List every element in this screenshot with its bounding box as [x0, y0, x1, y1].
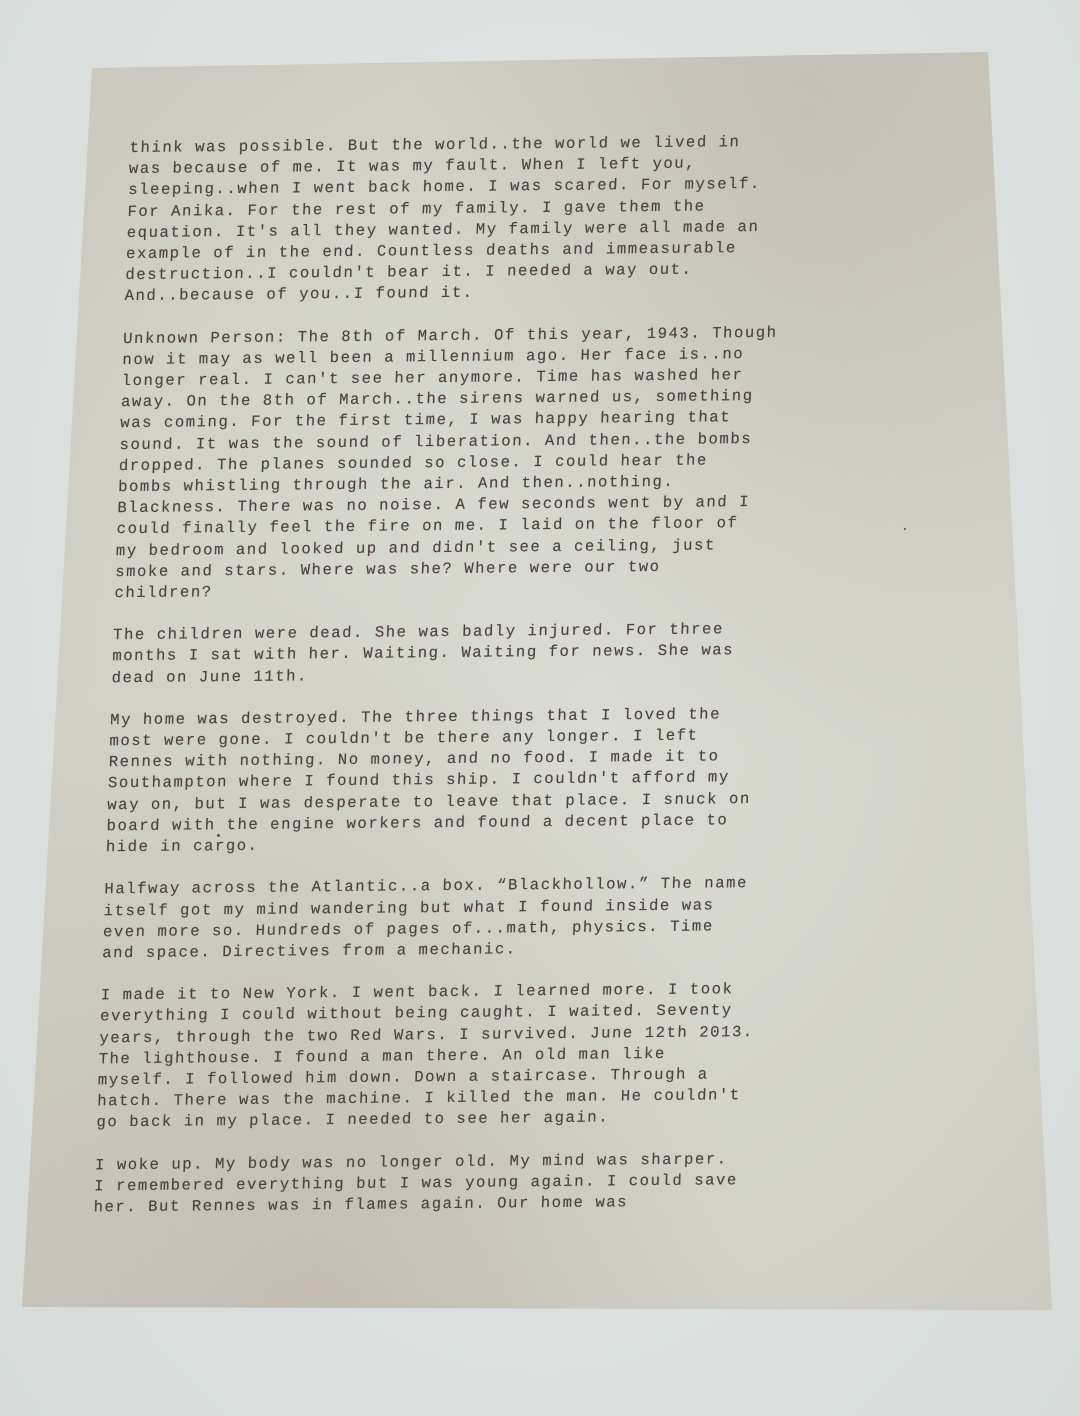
paragraph-3: The children were dead. She was badly in… — [111, 618, 913, 689]
paragraph-6: I made it to New York. I went back. I le… — [96, 978, 901, 1134]
paragraph-7: I woke up. My body was no longer old. My… — [93, 1147, 895, 1218]
paragraph-5: Halfway across the Atlantic..a box. “Bla… — [102, 872, 905, 965]
ink-speck — [904, 528, 906, 530]
paragraph-4: My home was destroyed. The three things … — [105, 702, 910, 858]
ink-speck — [217, 834, 220, 837]
paragraph-2: Unknown Person: The 8th of March. Of thi… — [114, 321, 923, 604]
typewritten-text: think was possible. But the world..the w… — [92, 130, 929, 1239]
paragraph-1: think was possible. But the world..the w… — [124, 130, 930, 307]
